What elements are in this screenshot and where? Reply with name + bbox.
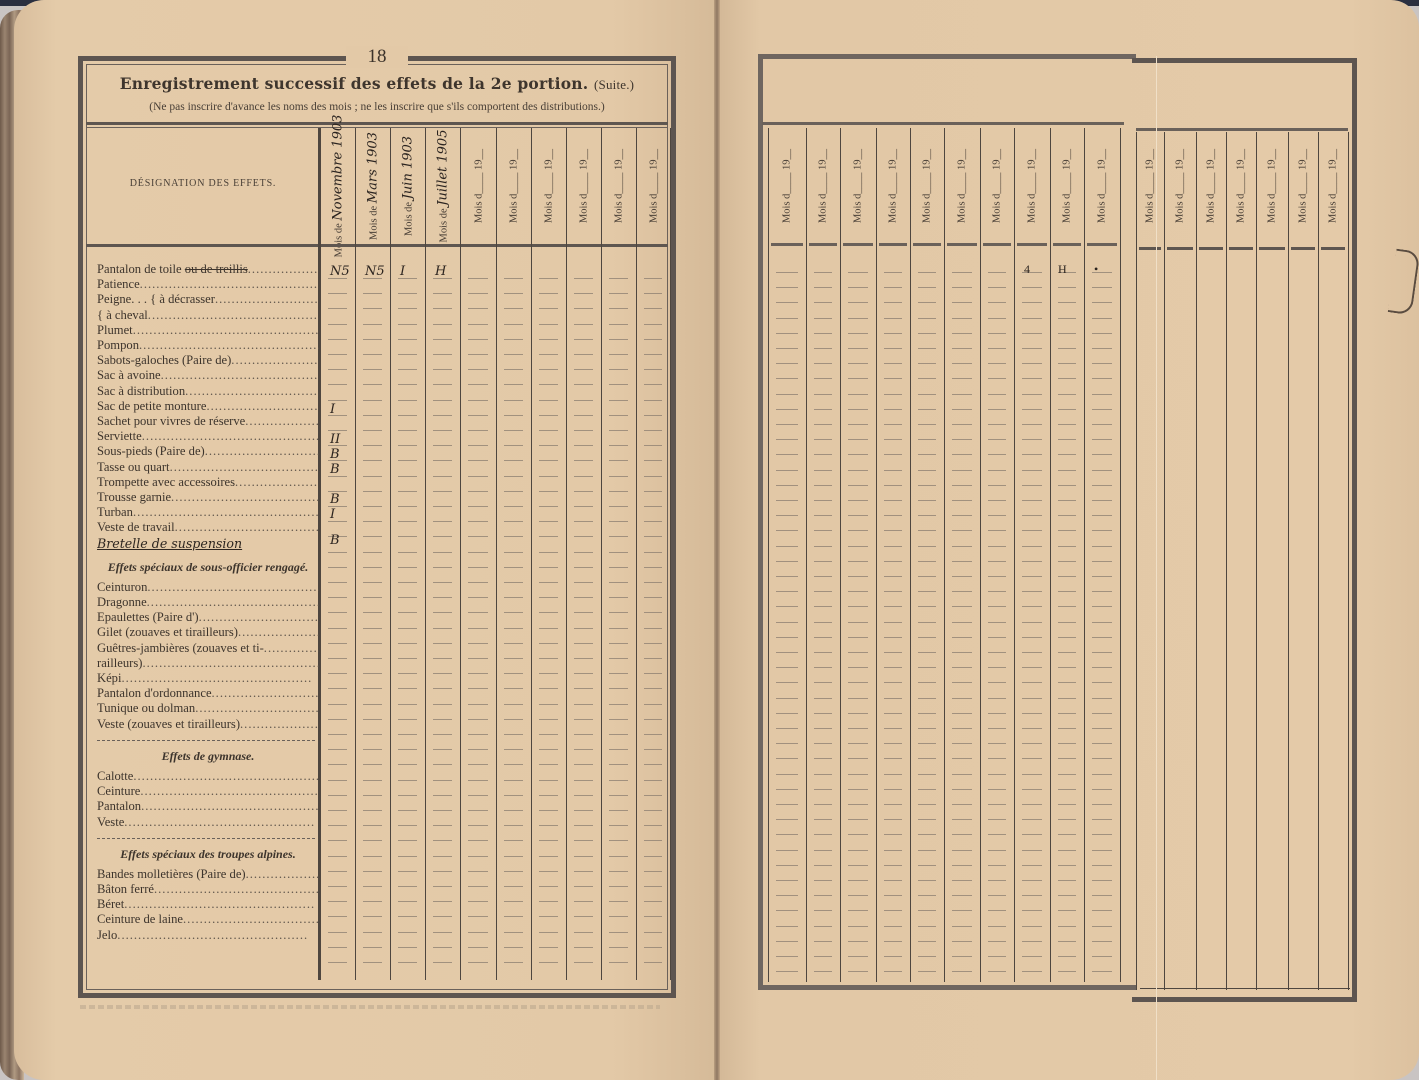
cell-dash <box>328 354 347 355</box>
month-column-header: Mois de Juin 1903 <box>391 130 426 242</box>
handwritten-item: Bretelle de suspension <box>97 536 242 551</box>
cell-dash <box>988 880 1006 881</box>
cell-dash <box>814 804 832 805</box>
cell-dash <box>539 643 558 644</box>
cell-dash <box>952 652 972 653</box>
cell-dash <box>918 622 936 623</box>
cell-dash <box>814 530 832 531</box>
cell-dash <box>988 850 1006 851</box>
header-rule-thin <box>86 127 668 128</box>
cell-dash <box>814 348 832 349</box>
cell-dash <box>609 400 628 401</box>
cell-dash <box>1092 439 1112 440</box>
cell-dash <box>468 491 488 492</box>
cell-dash <box>884 500 902 501</box>
cell-dash <box>848 287 868 288</box>
cell-dash <box>1092 454 1112 455</box>
cell-dash <box>1092 743 1112 744</box>
column-header-rule <box>1199 247 1223 250</box>
cell-dash <box>918 743 936 744</box>
item-label: Ceinture de laine <box>97 912 183 926</box>
column-divider <box>944 128 945 982</box>
cell-dash <box>539 856 558 857</box>
cell-dash <box>988 758 1006 759</box>
cell-dash <box>574 856 593 857</box>
cell-dash <box>363 734 382 735</box>
cell-dash <box>918 758 936 759</box>
cell-dash <box>1022 394 1042 395</box>
cell-dash <box>918 774 936 775</box>
cell-dash <box>952 394 972 395</box>
month-column-header: Mois d____ 19__ <box>461 130 497 242</box>
cell-dash <box>1058 758 1076 759</box>
cell-dash <box>1022 546 1042 547</box>
item-label: Patience <box>97 277 140 291</box>
cell-dash <box>574 521 593 522</box>
cell-dash <box>988 652 1006 653</box>
cell-dash <box>644 460 662 461</box>
cell-dash <box>918 591 936 592</box>
cell-dash <box>644 901 662 902</box>
list-item: Veste de travail........................… <box>97 520 319 535</box>
cell-dash <box>1058 394 1076 395</box>
cell-dash <box>504 582 523 583</box>
cell-dash <box>398 719 417 720</box>
column-divider <box>460 128 461 980</box>
cell-dash <box>328 825 347 826</box>
cell-dash <box>398 415 417 416</box>
cell-dash <box>398 612 417 613</box>
cell-dash <box>1092 576 1112 577</box>
cell-dash <box>468 749 488 750</box>
cell-dash <box>398 704 417 705</box>
cell-dash <box>988 302 1006 303</box>
cell-dash <box>884 804 902 805</box>
cell-dash <box>814 287 832 288</box>
list-item: Tunique ou dolman.......................… <box>97 701 319 716</box>
cell-dash <box>1092 606 1112 607</box>
cell-dash <box>1058 850 1076 851</box>
month-column-label: Mois d____ 19__ <box>992 149 1003 223</box>
cell-dash <box>644 643 662 644</box>
cell-dash <box>814 758 832 759</box>
cell-dash <box>468 354 488 355</box>
cell-dash <box>398 430 417 431</box>
cell-dash <box>918 713 936 714</box>
cell-dash <box>776 272 798 273</box>
cell-dash <box>468 719 488 720</box>
cell-dash <box>609 734 628 735</box>
month-column-header: Mois d____ 19__ <box>1318 130 1348 242</box>
cell-dash <box>328 384 347 385</box>
cell-dash <box>574 962 593 963</box>
cell-dash <box>574 886 593 887</box>
cell-dash <box>776 758 798 759</box>
list-item: Dragonne................................… <box>97 595 319 610</box>
cell-dash <box>644 308 662 309</box>
item-label: Plumet <box>97 323 133 337</box>
cell-dash <box>1058 424 1076 425</box>
cell-dash <box>988 394 1006 395</box>
column-header-rule <box>1259 247 1285 250</box>
cell-dash <box>884 394 902 395</box>
leader-dots: ........................................… <box>215 292 319 306</box>
section-title: Effets spéciaux des troupes alpines. <box>97 847 319 861</box>
struck-text: ou de treillis <box>185 262 248 276</box>
cell-dash <box>363 643 382 644</box>
column-divider <box>1288 132 1289 990</box>
cell-dash <box>1022 910 1042 911</box>
month-column-header: Mois d____ 19__ <box>1136 130 1164 242</box>
column-divider <box>1120 128 1121 982</box>
month-column-label: Mois d____ 19__ <box>818 149 829 223</box>
cell-dash <box>468 506 488 507</box>
cell-dash <box>1022 850 1042 851</box>
cell-dash <box>1022 318 1042 319</box>
cell-dash <box>433 749 452 750</box>
column-divider <box>425 128 426 980</box>
cell-dash <box>776 470 798 471</box>
cell-dash <box>363 536 382 537</box>
item-label: Sous-pieds (Paire de) <box>97 444 205 458</box>
cell-dash <box>1092 758 1112 759</box>
list-item: Bandes molletières (Paire de)...........… <box>97 867 319 882</box>
cell-dash <box>776 804 798 805</box>
cell-dash <box>468 339 488 340</box>
cell-dash <box>574 339 593 340</box>
cell-dash <box>468 916 488 917</box>
cell-dash <box>1058 804 1076 805</box>
cell-dash <box>574 400 593 401</box>
cell-dash <box>884 895 902 896</box>
column-divider <box>840 128 841 982</box>
item-label: Veste de travail <box>97 520 175 534</box>
cell-dash <box>363 445 382 446</box>
cell-dash <box>363 780 382 781</box>
cell-dash <box>988 971 1006 972</box>
cell-dash <box>468 962 488 963</box>
item-label: Pantalon <box>97 799 141 813</box>
cell-dash <box>468 673 488 674</box>
cell-dash <box>468 886 488 887</box>
cell-dash <box>1022 302 1042 303</box>
month-column-header: Mois de Juillet 1905 <box>426 130 461 242</box>
cell-dash <box>848 728 868 729</box>
cell-dash <box>1022 713 1042 714</box>
section-title: Effets de gymnase. <box>97 749 319 763</box>
cell-dash <box>776 561 798 562</box>
cell-dash <box>504 643 523 644</box>
cell-dash <box>504 628 523 629</box>
cell-dash <box>574 552 593 553</box>
cell-dash <box>776 439 798 440</box>
cell-dash <box>574 673 593 674</box>
cell-dash <box>1092 409 1112 410</box>
cell-dash <box>574 293 593 294</box>
cell-dash <box>814 926 832 927</box>
cell-dash <box>328 308 347 309</box>
section-separator <box>97 838 315 839</box>
cell-dash <box>644 795 662 796</box>
cell-dash <box>952 910 972 911</box>
cell-dash <box>952 804 972 805</box>
cell-dash <box>468 308 488 309</box>
cell-dash <box>398 962 417 963</box>
cell-dash <box>644 445 662 446</box>
cell-dash <box>398 871 417 872</box>
cell-dash <box>539 582 558 583</box>
cell-dash <box>574 308 593 309</box>
cell-dash <box>398 354 417 355</box>
cell-dash <box>814 454 832 455</box>
list-item: Calotte.................................… <box>97 769 319 784</box>
column-divider <box>1318 132 1319 990</box>
leader-dots: ........................................… <box>133 323 319 337</box>
cell-dash <box>1092 515 1112 516</box>
cell-dash <box>848 682 868 683</box>
cell-dash <box>398 476 417 477</box>
cell-dash <box>952 333 972 334</box>
cell-dash <box>1058 622 1076 623</box>
cell-dash <box>884 287 902 288</box>
cell-dash <box>814 850 832 851</box>
item-label: Bandes molletières (Paire de) <box>97 867 246 881</box>
cell-dash <box>539 947 558 948</box>
cell-dash <box>574 916 593 917</box>
cell-dash <box>1022 424 1042 425</box>
cell-dash <box>328 582 347 583</box>
cell-dash <box>504 430 523 431</box>
cell-dash <box>776 698 798 699</box>
column-header-rule <box>499 244 528 247</box>
cell-dash <box>468 536 488 537</box>
cell-dash <box>918 424 936 425</box>
column-header-rule <box>1053 243 1081 246</box>
month-column-header: Mois d____ 19__ <box>567 130 602 242</box>
cell-dash <box>609 764 628 765</box>
cell-dash <box>644 673 662 674</box>
list-item: Trousse garnie..........................… <box>97 490 319 505</box>
cell-dash <box>504 369 523 370</box>
cell-dash <box>848 333 868 334</box>
month-column-label: Mois d____ 19__ <box>1206 149 1217 223</box>
cell-dash <box>952 774 972 775</box>
cell-dash <box>918 667 936 668</box>
cell-dash <box>609 278 628 279</box>
cell-dash <box>433 643 452 644</box>
cell-dash <box>433 856 452 857</box>
cell-dash <box>848 880 868 881</box>
cell-dash <box>468 734 488 735</box>
cell-dash <box>398 506 417 507</box>
cell-dash <box>988 941 1006 942</box>
cell-dash <box>776 667 798 668</box>
cell-dash <box>988 926 1006 927</box>
cell-dash <box>848 819 868 820</box>
cell-dash <box>918 287 936 288</box>
cell-dash <box>1092 880 1112 881</box>
cell-dash <box>504 278 523 279</box>
item-label: Veste <box>97 815 124 829</box>
cell-dash <box>988 834 1006 835</box>
cell-dash <box>609 810 628 811</box>
cell-dash <box>644 567 662 568</box>
cell-dash <box>814 576 832 577</box>
cell-dash <box>363 384 382 385</box>
cell-dash <box>539 278 558 279</box>
item-label: Serviette <box>97 429 142 443</box>
cell-dash <box>1058 895 1076 896</box>
cell-dash <box>398 339 417 340</box>
cell-dash <box>1022 591 1042 592</box>
list-item: Pompon..................................… <box>97 338 319 353</box>
cell-dash <box>988 500 1006 501</box>
month-column-header: Mois d____ 19__ <box>1164 130 1196 242</box>
cell-dash <box>539 719 558 720</box>
column-header-rule <box>771 243 803 246</box>
cell-dash <box>468 384 488 385</box>
cell-dash <box>988 956 1006 957</box>
cell-dash <box>398 764 417 765</box>
cell-dash <box>776 743 798 744</box>
cell-dash <box>1092 850 1112 851</box>
cell-dash <box>1092 941 1112 942</box>
cell-dash <box>918 941 936 942</box>
cell-dash <box>363 354 382 355</box>
title-suffix: (Suite.) <box>594 77 634 92</box>
cell-dash <box>574 795 593 796</box>
list-item: Guêtres-jambières (zouaves et ti-.......… <box>97 641 319 656</box>
cell-dash <box>1058 652 1076 653</box>
column-header-rule <box>1229 247 1253 250</box>
cell-dash <box>848 272 868 273</box>
cell-dash <box>1092 698 1112 699</box>
cell-dash <box>468 932 488 933</box>
cell-dash <box>1058 470 1076 471</box>
cell-dash <box>574 643 593 644</box>
cell-dash <box>468 856 488 857</box>
cell-dash <box>918 302 936 303</box>
cell-dash <box>328 840 347 841</box>
cell-dash <box>776 774 798 775</box>
cell-dash <box>609 704 628 705</box>
cell-dash <box>433 582 452 583</box>
cell-dash <box>609 536 628 537</box>
cell-dash <box>539 734 558 735</box>
cell-dash <box>644 810 662 811</box>
cell-dash <box>539 384 558 385</box>
cell-dash <box>504 521 523 522</box>
cell-dash <box>848 971 868 972</box>
cell-dash <box>952 500 972 501</box>
cell-dash <box>952 546 972 547</box>
cell-dash <box>504 597 523 598</box>
cell-dash <box>504 916 523 917</box>
cell-dash <box>644 384 662 385</box>
item-label: Ceinture <box>97 784 140 798</box>
cell-dash <box>988 591 1006 592</box>
month-column-header: Mois d____ 19__ <box>876 130 910 242</box>
list-item: Patience................................… <box>97 277 319 292</box>
cell-dash <box>918 910 936 911</box>
item-label: Jelo <box>97 928 117 942</box>
cell-dash <box>848 515 868 516</box>
cell-dash <box>952 834 972 835</box>
cell-dash <box>539 749 558 750</box>
cell-dash <box>433 901 452 902</box>
leader-dots: ........................................… <box>139 338 319 352</box>
cell-dash <box>644 430 662 431</box>
cell-dash <box>918 865 936 866</box>
column-header-rule <box>569 244 598 247</box>
cell-dash <box>988 622 1006 623</box>
cell-dash <box>1058 926 1076 927</box>
cell-dash <box>848 439 868 440</box>
cell-dash <box>1092 500 1112 501</box>
list-item: Serviette...............................… <box>97 429 319 444</box>
cell-dash <box>776 622 798 623</box>
cell-dash <box>609 339 628 340</box>
cell-dash <box>1092 834 1112 835</box>
cell-dash <box>884 865 902 866</box>
cell-dash <box>433 354 452 355</box>
cell-dash <box>363 460 382 461</box>
cell-dash <box>1092 546 1112 547</box>
cell-dash <box>363 521 382 522</box>
cell-dash <box>1058 363 1076 364</box>
ink-mark: H <box>1058 262 1067 277</box>
cell-dash <box>433 415 452 416</box>
cell-dash <box>952 454 972 455</box>
cell-dash <box>1092 789 1112 790</box>
cell-dash <box>539 612 558 613</box>
cell-dash <box>609 552 628 553</box>
column-divider <box>980 128 981 982</box>
cell-dash <box>398 384 417 385</box>
cell-dash <box>504 293 523 294</box>
cell-dash <box>328 400 347 401</box>
cell-dash <box>884 819 902 820</box>
cell-dash <box>609 719 628 720</box>
cell-dash <box>918 363 936 364</box>
cell-dash <box>433 308 452 309</box>
cell-dash <box>776 652 798 653</box>
cell-dash <box>609 430 628 431</box>
column-header-rule <box>1139 247 1161 250</box>
cell-dash <box>776 637 798 638</box>
item-label: Epaulettes (Paire d') <box>97 610 199 624</box>
cell-dash <box>539 780 558 781</box>
cell-dash <box>988 895 1006 896</box>
cell-dash <box>504 795 523 796</box>
cell-dash <box>1022 804 1042 805</box>
cell-dash <box>848 637 868 638</box>
handwritten-month: Juillet 1905 <box>436 130 451 206</box>
cell-dash <box>574 840 593 841</box>
month-column-header: Mois d____ 19__ <box>497 130 532 242</box>
cell-dash <box>884 530 902 531</box>
cell-dash <box>328 764 347 765</box>
list-item: Ceinturon...............................… <box>97 580 319 595</box>
cell-dash <box>574 567 593 568</box>
cell-dash <box>609 384 628 385</box>
cell-dash <box>1022 637 1042 638</box>
cell-dash <box>433 871 452 872</box>
cell-dash <box>433 597 452 598</box>
cell-dash <box>644 628 662 629</box>
leader-dots: ........................................… <box>212 686 319 700</box>
cell-dash <box>1022 652 1042 653</box>
